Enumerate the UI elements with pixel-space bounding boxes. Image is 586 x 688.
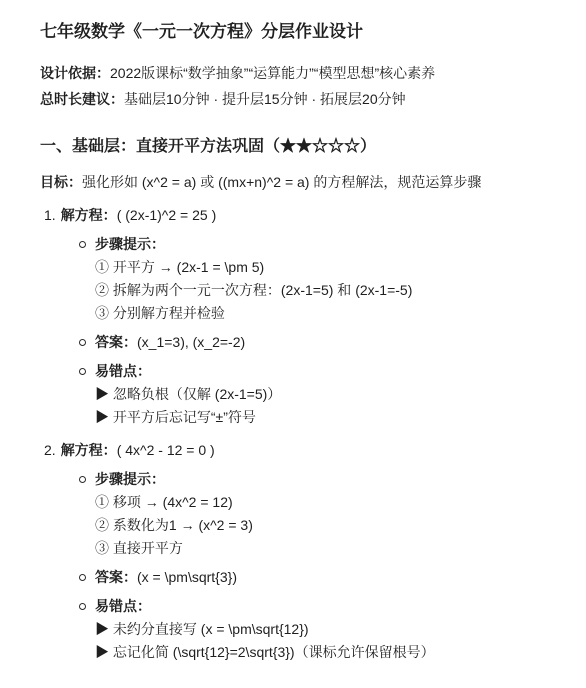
sub-block-pitfalls: 易错点： ▶ 忽略负根（仅解 (2x-1=5)） ▶ 开平方后忘记写“±”符号 (40, 360, 556, 429)
meta-text: 2022版课标“数学抽象”“运算能力”“模型思想”核心素养 (110, 65, 435, 81)
sub-block-label: 答案： (95, 334, 137, 350)
problem-heading: 2.解方程：( 4x^2 - 12 = 0 ) (40, 439, 556, 462)
problem-equation: ( (2x-1)^2 = 25 ) (117, 207, 217, 223)
problem-number: 2. (44, 439, 56, 462)
goal-text: 强化形如 (x^2 = a) 或 ((mx+n)^2 = a) 的方程解法，规范… (82, 174, 481, 190)
problem-number: 1. (44, 204, 56, 227)
sub-block-label: 答案： (95, 569, 137, 585)
step-line: ③ 分别解方程并检验 (95, 302, 556, 325)
circle-bullet-icon (79, 603, 86, 610)
goal-line: 目标：强化形如 (x^2 = a) 或 ((mx+n)^2 = a) 的方程解法… (40, 171, 556, 194)
goal-label: 目标： (40, 174, 82, 190)
sub-block-label: 易错点： (95, 598, 151, 614)
sub-block-answer: 答案：(x_1=3), (x_2=-2) (40, 331, 556, 354)
problem-label: 解方程： (61, 207, 117, 223)
meta-line-total-duration: 总时长建议：基础层10分钟 · 提升层15分钟 · 拓展层20分钟 (40, 86, 556, 112)
circle-bullet-icon (79, 241, 86, 248)
step-line: ③ 直接开平方 (95, 537, 556, 560)
step-line: ② 拆解为两个一元一次方程：(2x-1=5) 和 (2x-1=-5) (95, 279, 556, 302)
sub-block-steps: 步骤提示： ① 开平方 → (2x-1 = \pm 5) ② 拆解为两个一元一次… (40, 233, 556, 325)
problem-equation: ( 4x^2 - 12 = 0 ) (117, 442, 215, 458)
step-line: ① 开平方 → (2x-1 = \pm 5) (95, 256, 556, 279)
meta-text: 基础层10分钟 · 提升层15分钟 · 拓展层20分钟 (124, 91, 406, 107)
meta-label: 总时长建议： (40, 91, 124, 107)
sub-block-steps: 步骤提示： ① 移项 → (4x^2 = 12) ② 系数化为1 → (x^2 … (40, 468, 556, 560)
sub-block-label: 步骤提示： (95, 471, 165, 487)
pitfall-line: ▶ 开平方后忘记写“±”符号 (95, 406, 556, 429)
pitfall-line: ▶ 忘记化简 (\sqrt{12}=2\sqrt{3})（课标允许保留根号） (95, 641, 556, 664)
meta-label: 设计依据： (40, 65, 110, 81)
pitfall-line: ▶ 忽略负根（仅解 (2x-1=5)） (95, 383, 556, 406)
circle-bullet-icon (79, 368, 86, 375)
sub-block-label: 步骤提示： (95, 236, 165, 252)
step-line: ② 系数化为1 → (x^2 = 3) (95, 514, 556, 537)
sub-block-label: 易错点： (95, 363, 151, 379)
step-line: ① 移项 → (4x^2 = 12) (95, 491, 556, 514)
answer-text: (x_1=3), (x_2=-2) (137, 334, 245, 350)
meta-line-design-basis: 设计依据：2022版课标“数学抽象”“运算能力”“模型思想”核心素养 (40, 60, 556, 86)
problem-item-2: 2.解方程：( 4x^2 - 12 = 0 ) 步骤提示： ① 移项 → (4x… (40, 439, 556, 664)
problem-label: 解方程： (61, 442, 117, 458)
section-heading: 一、基础层：直接开平方法巩固（★★☆☆☆） (40, 134, 556, 160)
page-title: 七年级数学《一元一次方程》分层作业设计 (40, 20, 556, 44)
problem-item-1: 1.解方程：( (2x-1)^2 = 25 ) 步骤提示： ① 开平方 → (2… (40, 204, 556, 429)
sub-block-pitfalls: 易错点： ▶ 未约分直接写 (x = \pm\sqrt{12}) ▶ 忘记化简 … (40, 595, 556, 664)
circle-bullet-icon (79, 574, 86, 581)
document: 七年级数学《一元一次方程》分层作业设计 设计依据：2022版课标“数学抽象”“运… (0, 0, 586, 688)
problem-heading: 1.解方程：( (2x-1)^2 = 25 ) (40, 204, 556, 227)
circle-bullet-icon (79, 339, 86, 346)
circle-bullet-icon (79, 476, 86, 483)
pitfall-line: ▶ 未约分直接写 (x = \pm\sqrt{12}) (95, 618, 556, 641)
answer-text: (x = \pm\sqrt{3}) (137, 569, 237, 585)
sub-block-answer: 答案：(x = \pm\sqrt{3}) (40, 566, 556, 589)
